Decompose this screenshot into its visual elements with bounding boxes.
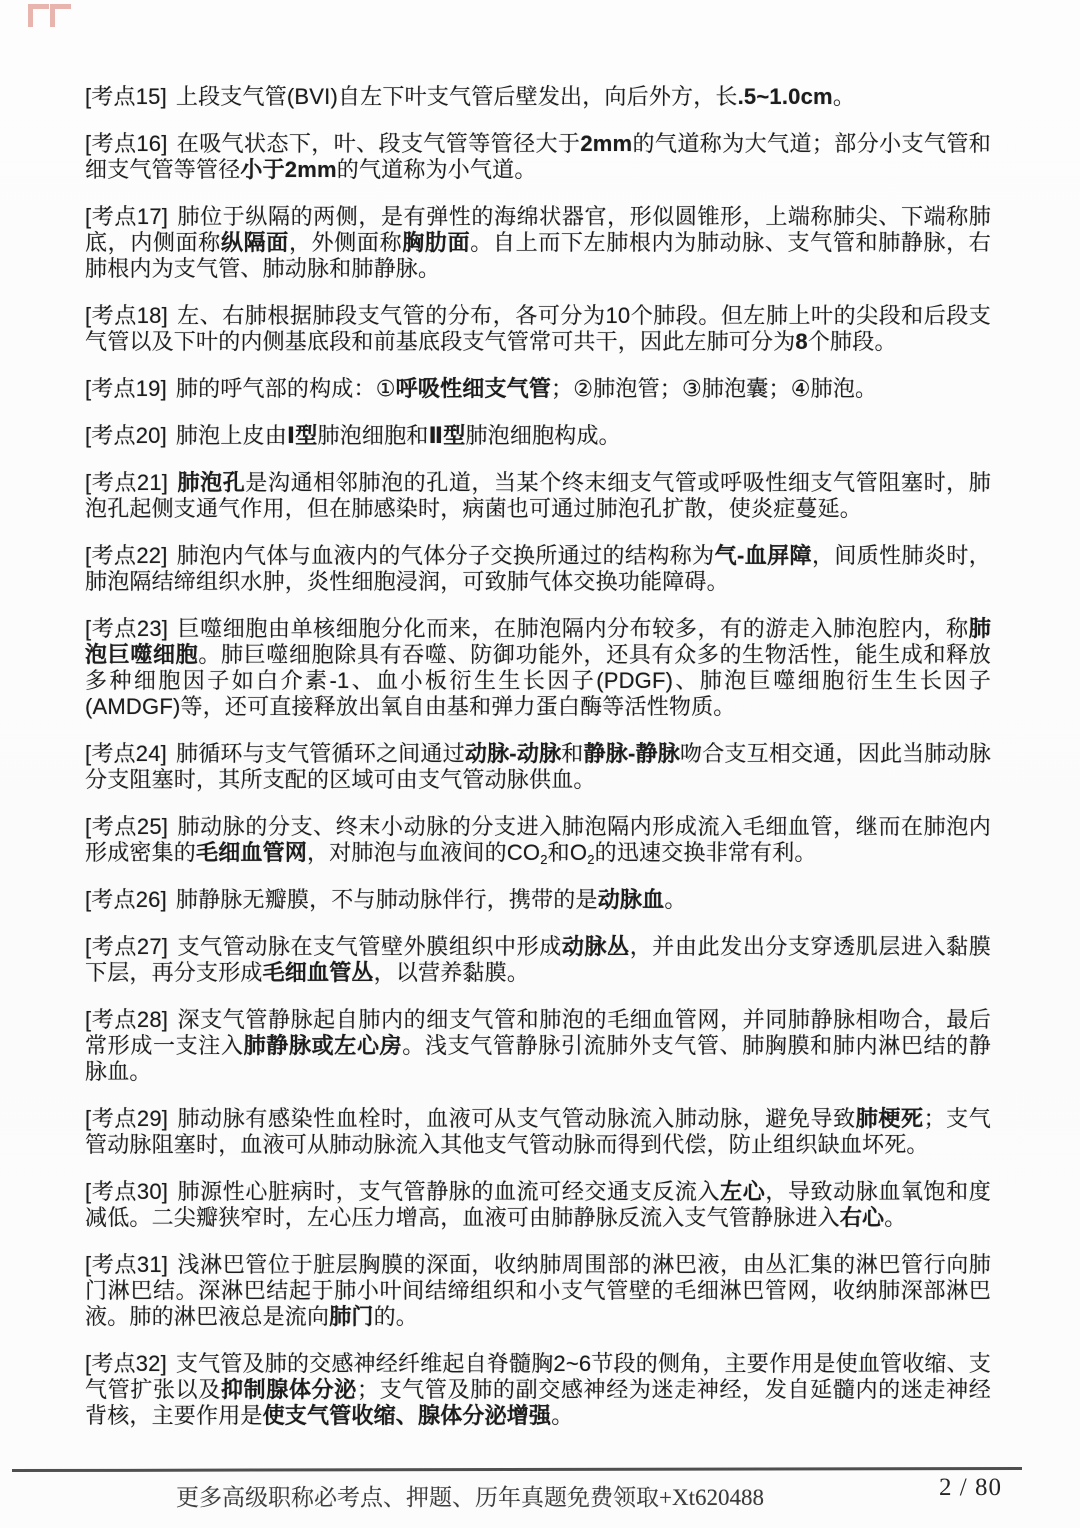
body-text: 肺泡细胞构成。 — [465, 423, 620, 448]
exam-point-paragraph: [考点17]肺位于纵隔的两侧，是有弹性的海绵状器官，形似圆锥形，上端称肺尖、下端… — [85, 204, 991, 282]
body-text: ；②肺泡管；③肺泡囊；④肺泡。 — [551, 376, 877, 401]
exam-point-paragraph: [考点16]在吸气状态下，叶、段支气管等管径大于2mm的气道称为大气道；部分小支… — [85, 131, 991, 183]
body-text: 肺源性心脏病时，支气管静脉的血流可经交通支反流入 — [177, 1179, 720, 1204]
key-term: 动脉-动脉 — [465, 741, 561, 766]
footer-divider-line — [12, 1467, 1022, 1472]
body-text: ，对肺泡与血液间的CO — [307, 840, 540, 865]
exam-point-tag: [考点21] — [85, 470, 168, 495]
key-term: Ⅱ型 — [429, 423, 466, 448]
key-term: 动脉丛 — [562, 934, 630, 959]
exam-point-paragraph: [考点27]支气管动脉在支气管壁外膜组织中形成动脉丛，并由此发出分支穿透肌层进入… — [85, 934, 991, 986]
exam-point-paragraph: [考点20]肺泡上皮由Ⅰ型肺泡细胞和Ⅱ型肺泡细胞构成。 — [85, 423, 991, 449]
key-term: 小于2mm — [240, 157, 336, 182]
exam-point-tag: [考点30] — [85, 1179, 168, 1204]
body-text: 巨噬细胞由单核细胞分化而来，在肺泡隔内分布较多，有的游走入肺泡腔内，称 — [177, 616, 969, 641]
body-text: 。 — [833, 84, 855, 109]
subscript: 2 — [540, 852, 547, 867]
exam-point-paragraph: [考点28]深支气管静脉起自肺内的细支气管和肺泡的毛细血管网，并同肺静脉相吻合，… — [85, 1007, 991, 1085]
key-term: 动脉血 — [598, 887, 665, 912]
exam-point-tag: [考点20] — [85, 423, 167, 448]
key-term: 8 — [795, 329, 807, 354]
exam-point-tag: [考点16] — [85, 131, 168, 156]
exam-point-paragraph: [考点21]肺泡孔是沟通相邻肺泡的孔道，当某个终末细支气管或呼吸性细支气管阻塞时… — [85, 470, 991, 522]
key-term: 纵隔面 — [221, 230, 289, 255]
body-text: 。 — [664, 887, 686, 912]
exam-point-paragraph: [考点22]肺泡内气体与血液内的气体分子交换所通过的结构称为气-血屏障，间质性肺… — [85, 543, 991, 595]
body-text: 和 — [561, 741, 583, 766]
body-text: 肺泡上皮由 — [176, 423, 287, 448]
key-term: 静脉-静脉 — [584, 741, 680, 766]
body-text: 。肺巨噬细胞除具有吞噬、防御功能外，还具有众多的生物活性，能生成和释放多种细胞因… — [85, 642, 991, 719]
footer-promo-text: 更多高级职称必考点、押题、历年真题免费领取+Xt620488 — [0, 1479, 940, 1512]
exam-point-tag: [考点15] — [85, 84, 167, 109]
exam-point-paragraph: [考点32]支气管及肺的交感神经纤维起自脊髓胸2~6节段的侧角，主要作用是使血管… — [85, 1351, 991, 1429]
key-term: 肺门 — [329, 1304, 373, 1329]
exam-point-paragraph: [考点25]肺动脉的分支、终末小动脉的分支进入肺泡隔内形成流入毛细血管，继而在肺… — [85, 814, 991, 866]
key-term: 胸肋面 — [402, 230, 470, 255]
exam-point-tag: [考点27] — [85, 934, 168, 959]
key-term: 肺泡孔 — [177, 470, 245, 495]
key-term: 2mm — [580, 131, 632, 156]
body-text: 在吸气状态下，叶、段支气管等管径大于 — [177, 131, 581, 156]
body-text: 肺动脉有感染性血栓时，血液可从支气管动脉流入肺动脉，避免导致 — [177, 1106, 856, 1131]
body-text: 和O — [548, 840, 588, 865]
exam-point-tag: [考点32] — [85, 1351, 167, 1376]
body-text: ，外侧面称 — [289, 230, 402, 255]
exam-point-tag: [考点25] — [85, 814, 168, 839]
key-term: 抑制腺体分泌 — [221, 1377, 357, 1402]
key-term: 肺静脉或左心房 — [244, 1033, 403, 1058]
key-term: 肺梗死 — [856, 1106, 924, 1131]
key-term: 右心 — [840, 1205, 884, 1230]
key-term: 左心 — [720, 1179, 765, 1204]
exam-point-paragraph: [考点23]巨噬细胞由单核细胞分化而来，在肺泡隔内分布较多，有的游走入肺泡腔内，… — [85, 616, 991, 720]
exam-point-paragraph: [考点29]肺动脉有感染性血栓时，血液可从支气管动脉流入肺动脉，避免导致肺梗死；… — [85, 1106, 991, 1158]
exam-point-tag: [考点19] — [85, 376, 167, 401]
exam-point-paragraph: [考点18]左、右肺根据肺段支气管的分布，各可分为10个肺段。但左肺上叶的尖段和… — [85, 303, 991, 355]
key-term: 毛细血管网 — [196, 840, 307, 865]
key-term: 使支气管收缩、腺体分泌增强 — [263, 1403, 552, 1428]
exam-point-paragraph: [考点30]肺源性心脏病时，支气管静脉的血流可经交通支反流入左心，导致动脉血氧饱… — [85, 1179, 991, 1231]
body-text: 。 — [551, 1403, 573, 1428]
exam-point-tag: [考点22] — [85, 543, 168, 568]
key-term: 气-血屏障 — [715, 543, 812, 568]
exam-point-tag: [考点26] — [85, 887, 167, 912]
body-text: 肺的呼气部的构成：① — [176, 376, 396, 401]
body-text: 。 — [884, 1205, 906, 1230]
body-text: 上段支气管(BVI)自左下叶支气管后壁发出，向后外方，长 — [176, 84, 738, 109]
page-number: 2 / 80 — [939, 1474, 1002, 1502]
scanned-document-page: [考点15]上段支气管(BVI)自左下叶支气管后壁发出，向后外方，长.5~1.0… — [0, 0, 1080, 1528]
exam-point-paragraph: [考点19]肺的呼气部的构成：①呼吸性细支气管；②肺泡管；③肺泡囊；④肺泡。 — [85, 376, 991, 402]
body-text: 的迅速交换非常有利。 — [595, 840, 817, 865]
corner-red-mark — [28, 2, 72, 28]
exam-point-paragraph: [考点24]肺循环与支气管循环之间通过动脉-动脉和静脉-静脉吻合支互相交通，因此… — [85, 741, 991, 793]
exam-point-tag: [考点28] — [85, 1007, 168, 1032]
body-text: 浅淋巴管位于脏层胸膜的深面，收纳肺周围部的淋巴液，由丛汇集的淋巴管行向肺门淋巴结… — [85, 1252, 991, 1329]
exam-point-tag: [考点18] — [85, 303, 168, 328]
body-text: 的。 — [374, 1304, 418, 1329]
exam-point-tag: [考点17] — [85, 204, 168, 229]
exam-point-tag: [考点31] — [85, 1252, 168, 1277]
body-text: ，以营养黏膜。 — [374, 960, 529, 985]
body-text: 肺泡内气体与血液内的气体分子交换所通过的结构称为 — [177, 543, 715, 568]
key-term: Ⅰ型 — [287, 423, 318, 448]
body-text: 肺循环与支气管循环之间通过 — [176, 741, 465, 766]
body-text: 支气管动脉在支气管壁外膜组织中形成 — [177, 934, 562, 959]
exam-points-list: [考点15]上段支气管(BVI)自左下叶支气管后壁发出，向后外方，长.5~1.0… — [85, 84, 991, 1450]
exam-point-paragraph: [考点31]浅淋巴管位于脏层胸膜的深面，收纳肺周围部的淋巴液，由丛汇集的淋巴管行… — [85, 1252, 991, 1330]
body-text: 个肺段。 — [808, 329, 897, 354]
body-text: 肺静脉无瓣膜，不与肺动脉伴行，携带的是 — [176, 887, 598, 912]
subscript: 2 — [587, 852, 594, 867]
exam-point-tag: [考点29] — [85, 1106, 168, 1131]
key-term: 毛细血管丛 — [263, 960, 374, 985]
exam-point-tag: [考点24] — [85, 741, 167, 766]
key-term: .5~1.0cm — [738, 84, 833, 109]
exam-point-paragraph: [考点26]肺静脉无瓣膜，不与肺动脉伴行，携带的是动脉血。 — [85, 887, 991, 913]
body-text: 的气道称为小气道。 — [337, 157, 537, 182]
exam-point-tag: [考点23] — [85, 616, 168, 641]
key-term: 呼吸性细支气管 — [396, 376, 551, 401]
exam-point-paragraph: [考点15]上段支气管(BVI)自左下叶支气管后壁发出，向后外方，长.5~1.0… — [85, 84, 991, 110]
body-text: 肺泡细胞和 — [318, 423, 429, 448]
